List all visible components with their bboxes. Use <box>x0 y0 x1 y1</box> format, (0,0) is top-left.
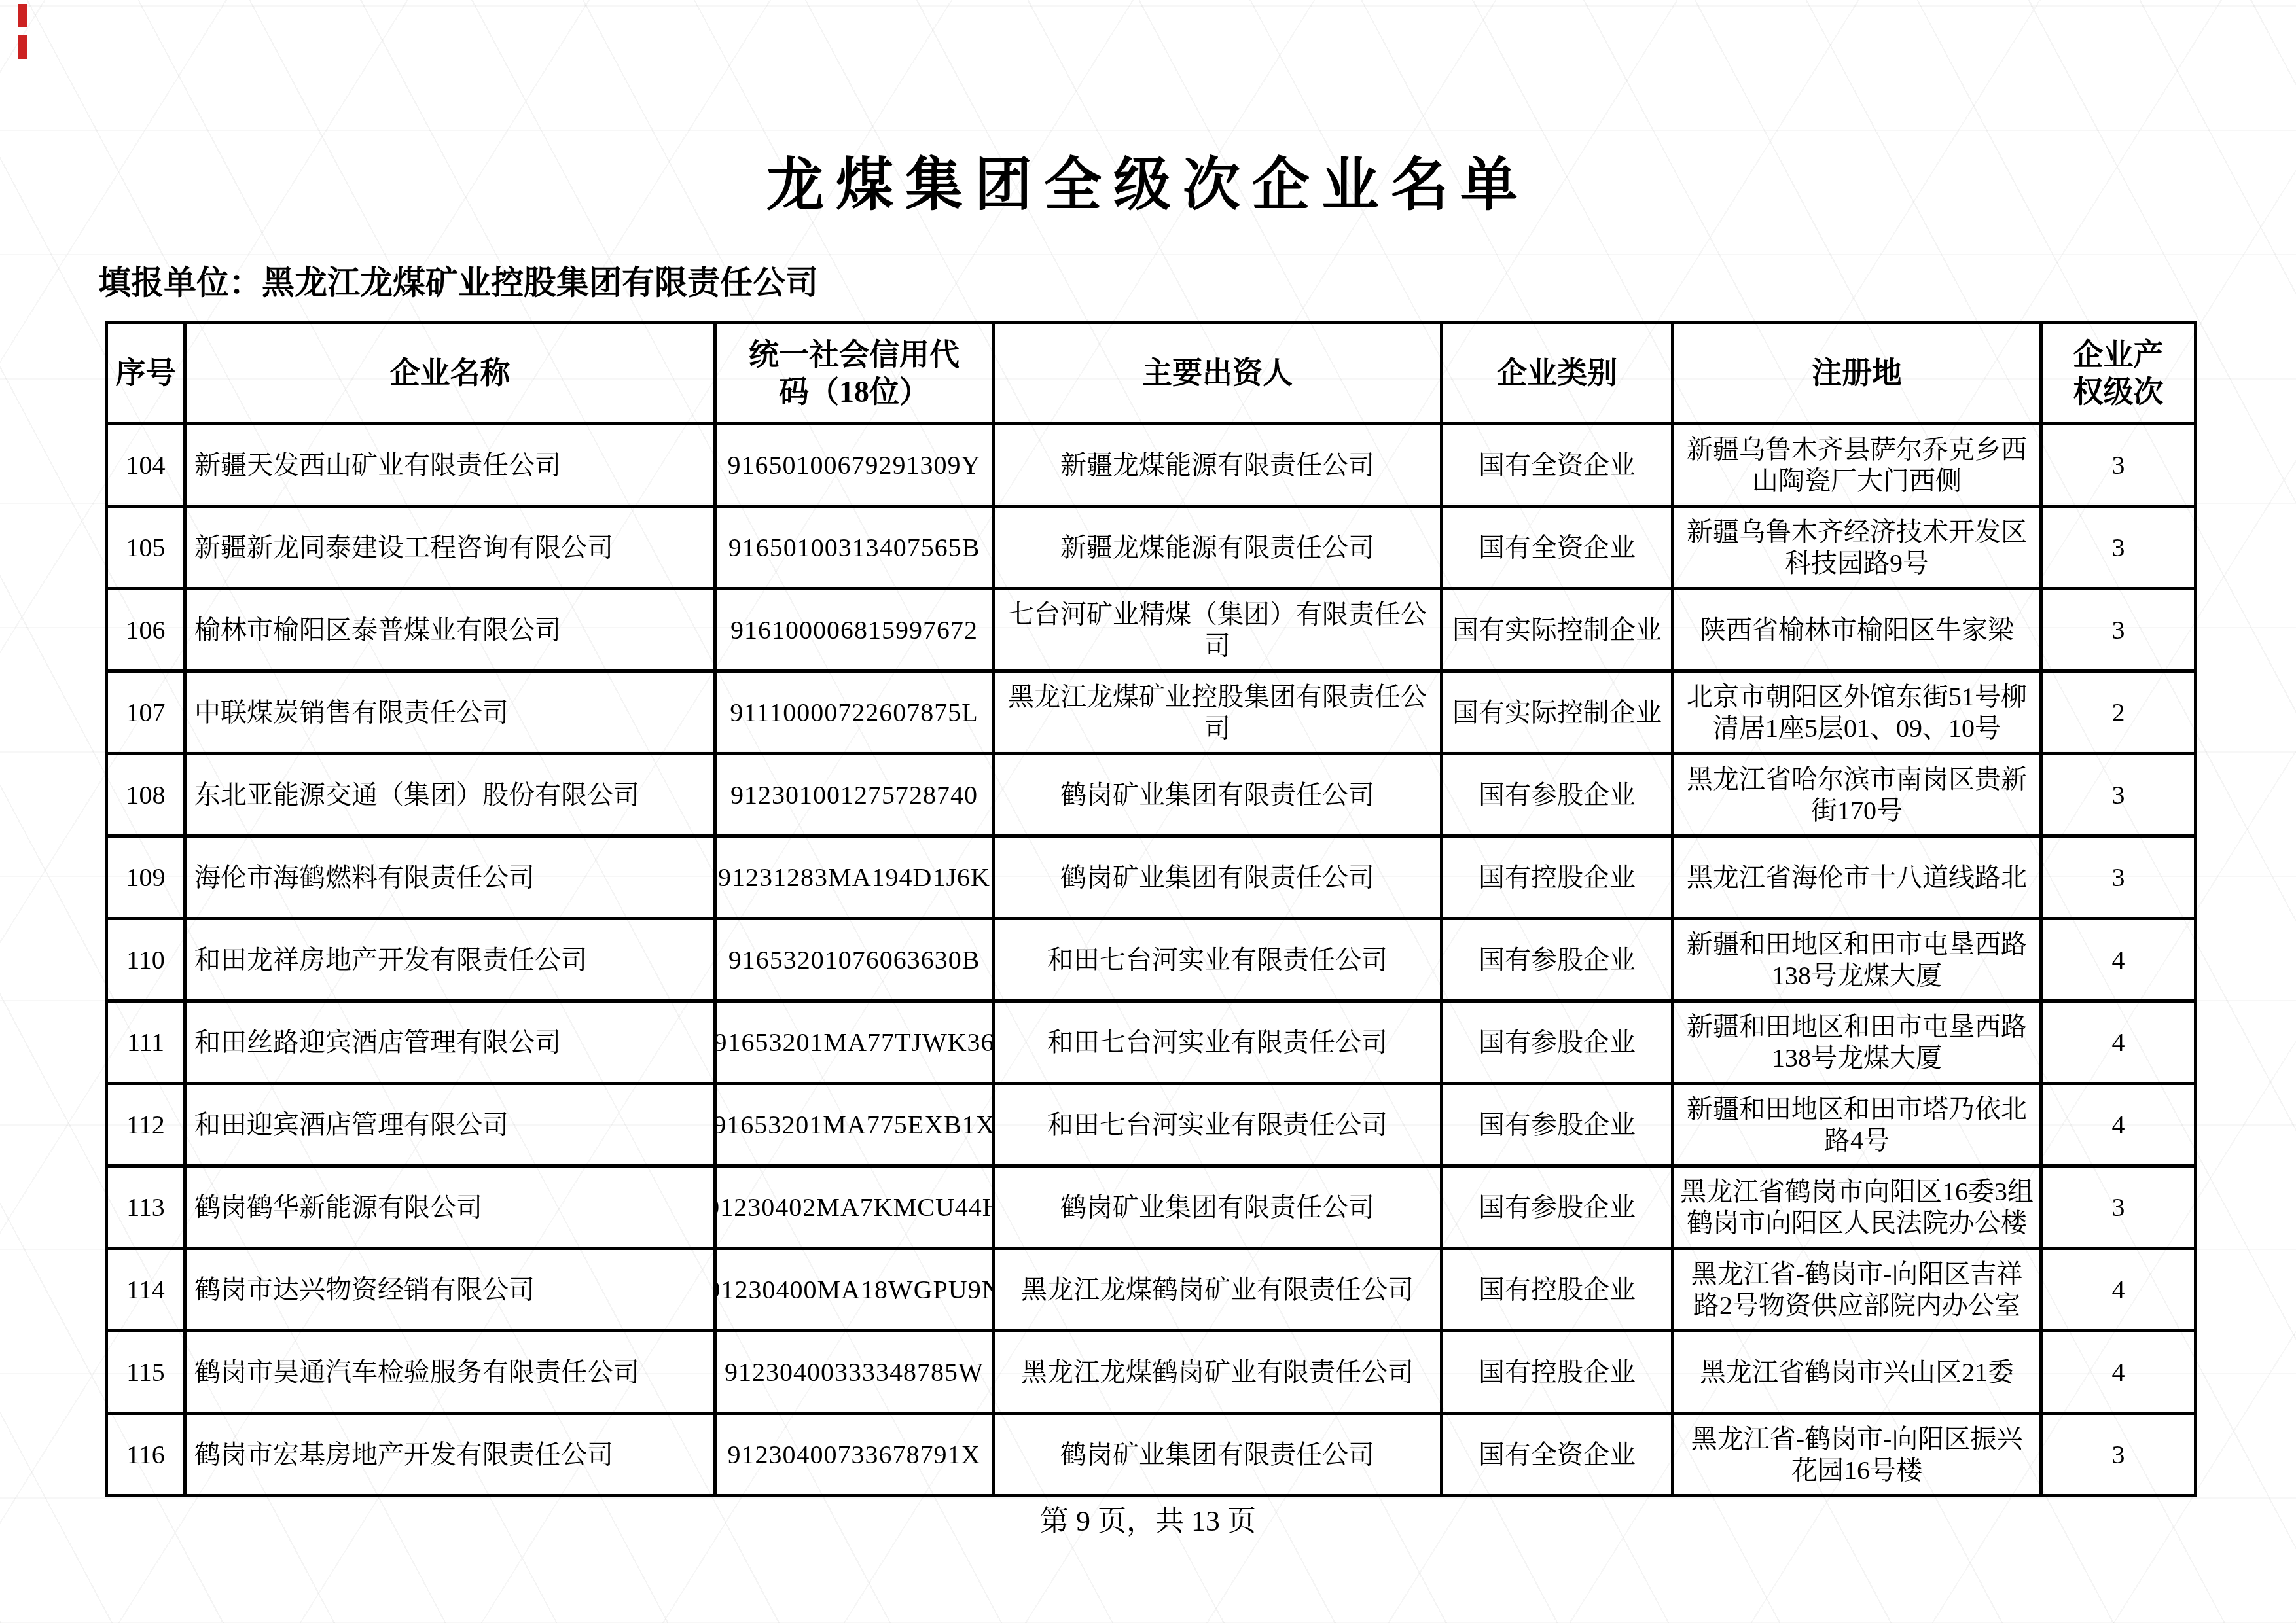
cell-serial: 111 <box>127 1027 164 1058</box>
cell-serial: 116 <box>126 1439 165 1470</box>
document-page: 龙煤集团全级次企业名单 填报单位：黑龙江龙煤矿业控股集团有限责任公司 序号 企业… <box>0 0 2296 1623</box>
cell-company-name: 和田迎宾酒店管理有限公司 <box>194 1109 509 1140</box>
table-row: 116 鹤岗市宏基房地产开发有限责任公司 91230400733678791X … <box>107 1414 2196 1496</box>
cell-main-investor: 鹤岗矿业集团有限责任公司 <box>1060 862 1374 893</box>
cell-equity-level: 4 <box>2112 1027 2125 1058</box>
cell-equity-level: 4 <box>2112 1274 2125 1305</box>
col-header-registered-place: 注册地 <box>1673 323 2041 424</box>
cell-main-investor: 黑龙江龙煤鹤岗矿业有限责任公司 <box>1021 1274 1414 1305</box>
cell-registered-place: 黑龙江省鹤岗市向阳区16委3组鹤岗市向阳区人民法院办公楼 <box>1678 1176 2036 1238</box>
red-corner-mark <box>18 35 27 59</box>
cell-serial: 107 <box>126 697 166 728</box>
cell-company-name: 新疆天发西山矿业有限责任公司 <box>194 450 561 480</box>
cell-serial: 115 <box>126 1357 165 1387</box>
cell-serial: 110 <box>126 944 165 975</box>
cell-registered-place: 黑龙江省-鹤岗市-向阳区振兴花园16号楼 <box>1678 1423 2036 1485</box>
cell-registered-place: 北京市朝阳区外馆东街51号柳清居1座5层01、09、10号 <box>1678 681 2036 743</box>
cell-serial: 112 <box>126 1109 165 1140</box>
cell-main-investor: 新疆龙煤能源有限责任公司 <box>1060 532 1374 563</box>
cell-company-name: 和田丝路迎宾酒店管理有限公司 <box>194 1027 561 1058</box>
cell-equity-level: 3 <box>2112 1439 2125 1470</box>
cell-credit-code: 91230402MA7KMCU44H <box>717 1192 992 1222</box>
cell-company-name: 和田龙祥房地产开发有限责任公司 <box>194 944 587 975</box>
col-header-main-investor: 主要出资人 <box>994 323 1442 424</box>
cell-company-name: 鹤岗市宏基房地产开发有限责任公司 <box>194 1439 613 1470</box>
cell-main-investor: 新疆龙煤能源有限责任公司 <box>1060 450 1374 480</box>
table-body: 104 新疆天发西山矿业有限责任公司 91650100679291309Y 新疆… <box>107 424 2196 1496</box>
cell-main-investor: 黑龙江龙煤鹤岗矿业有限责任公司 <box>1021 1357 1414 1387</box>
cell-credit-code: 912301001275728740 <box>730 779 978 810</box>
cell-credit-code: 91653201MA775EXB1X <box>717 1109 992 1140</box>
cell-category: 国有全资企业 <box>1479 1439 1636 1470</box>
cell-credit-code: 91653201MA77TJWK36 <box>717 1027 992 1058</box>
cell-category: 国有全资企业 <box>1479 450 1636 480</box>
table-header: 序号 企业名称 统一社会信用代码（18位） 主要出资人 企业类别 注册地 企业产… <box>107 323 2196 424</box>
cell-registered-place: 黑龙江省-鹤岗市-向阳区吉祥路2号物资供应部院内办公室 <box>1678 1258 2036 1320</box>
cell-credit-code: 91230400333348785W <box>725 1357 984 1387</box>
table-row: 108 东北亚能源交通（集团）股份有限公司 912301001275728740… <box>107 754 2196 836</box>
col-header-serial: 序号 <box>107 323 185 424</box>
cell-serial: 108 <box>126 779 166 810</box>
cell-main-investor: 鹤岗矿业集团有限责任公司 <box>1060 1192 1374 1222</box>
table-row: 106 榆林市榆阳区泰普煤业有限公司 916100006815997672 七台… <box>107 589 2196 671</box>
cell-serial: 105 <box>126 532 166 563</box>
cell-equity-level: 4 <box>2112 944 2125 975</box>
cell-equity-level: 3 <box>2112 615 2125 645</box>
cell-credit-code: 91231283MA194D1J6K <box>718 862 990 893</box>
cell-company-name: 海伦市海鹤燃料有限责任公司 <box>194 862 535 893</box>
table-row: 105 新疆新龙同泰建设工程咨询有限公司 91650100313407565B … <box>107 507 2196 589</box>
cell-category: 国有参股企业 <box>1479 1109 1636 1140</box>
cell-category: 国有参股企业 <box>1479 1027 1636 1058</box>
cell-category: 国有参股企业 <box>1479 1192 1636 1222</box>
cell-category: 国有实际控制企业 <box>1452 615 1662 645</box>
cell-serial: 114 <box>126 1274 165 1305</box>
col-header-company-name: 企业名称 <box>185 323 715 424</box>
cell-serial: 106 <box>126 615 166 645</box>
cell-registered-place: 黑龙江省哈尔滨市南岗区贵新街170号 <box>1678 764 2036 825</box>
table-row: 114 鹤岗市达兴物资经销有限公司 91230400MA18WGPU9N 黑龙江… <box>107 1249 2196 1331</box>
cell-company-name: 鹤岗市达兴物资经销有限公司 <box>194 1274 535 1305</box>
page-number: 第 9 页，共 13 页 <box>0 1497 2296 1539</box>
table-row: 113 鹤岗鹤华新能源有限公司 91230402MA7KMCU44H 鹤岗矿业集… <box>107 1166 2196 1249</box>
cell-category: 国有参股企业 <box>1479 779 1636 810</box>
red-corner-mark <box>18 4 27 27</box>
cell-category: 国有参股企业 <box>1479 944 1636 975</box>
cell-credit-code: 91230400MA18WGPU9N <box>717 1274 992 1305</box>
cell-credit-code: 91230400733678791X <box>728 1439 981 1470</box>
cell-equity-level: 3 <box>2112 450 2125 480</box>
cell-main-investor: 黑龙江龙煤矿业控股集团有限责任公司 <box>999 681 1436 743</box>
page-title: 龙煤集团全级次企业名单 <box>0 139 2296 221</box>
cell-registered-place: 新疆乌鲁木齐县萨尔乔克乡西山陶瓷厂大门西侧 <box>1678 434 2036 495</box>
col-header-equity-level: 企业产权级次 <box>2041 323 2196 424</box>
table-row: 107 中联煤炭销售有限责任公司 91110000722607875L 黑龙江龙… <box>107 671 2196 754</box>
table-row: 115 鹤岗市昊通汽车检验服务有限责任公司 91230400333348785W… <box>107 1331 2196 1414</box>
cell-credit-code: 916100006815997672 <box>730 615 978 645</box>
cell-company-name: 鹤岗市昊通汽车检验服务有限责任公司 <box>194 1357 639 1387</box>
reporting-unit-line: 填报单位：黑龙江龙煤矿业控股集团有限责任公司 <box>98 257 818 304</box>
cell-category: 国有控股企业 <box>1479 1274 1636 1305</box>
cell-registered-place: 新疆和田地区和田市塔乃依北路4号 <box>1678 1094 2036 1155</box>
cell-equity-level: 3 <box>2112 779 2125 810</box>
table-row: 110 和田龙祥房地产开发有限责任公司 91653201076063630B 和… <box>107 919 2196 1001</box>
cell-main-investor: 和田七台河实业有限责任公司 <box>1047 1027 1388 1058</box>
col-header-category: 企业类别 <box>1442 323 1673 424</box>
cell-equity-level: 2 <box>2112 697 2125 728</box>
cell-registered-place: 陕西省榆林市榆阳区牛家梁 <box>1700 615 2014 645</box>
cell-main-investor: 鹤岗矿业集团有限责任公司 <box>1060 1439 1374 1470</box>
table-row: 111 和田丝路迎宾酒店管理有限公司 91653201MA77TJWK36 和田… <box>107 1001 2196 1084</box>
cell-equity-level: 4 <box>2112 1357 2125 1387</box>
cell-company-name: 榆林市榆阳区泰普煤业有限公司 <box>194 615 561 645</box>
cell-company-name: 中联煤炭销售有限责任公司 <box>194 697 509 728</box>
cell-registered-place: 黑龙江省鹤岗市兴山区21委 <box>1700 1357 2014 1387</box>
cell-equity-level: 3 <box>2112 532 2125 563</box>
cell-registered-place: 新疆乌鲁木齐经济技术开发区科技园路9号 <box>1678 516 2036 578</box>
cell-credit-code: 91650100679291309Y <box>728 450 981 480</box>
cell-equity-level: 3 <box>2112 862 2125 893</box>
table-row: 109 海伦市海鹤燃料有限责任公司 91231283MA194D1J6K 鹤岗矿… <box>107 836 2196 919</box>
table-row: 112 和田迎宾酒店管理有限公司 91653201MA775EXB1X 和田七台… <box>107 1084 2196 1166</box>
cell-main-investor: 七台河矿业精煤（集团）有限责任公司 <box>999 599 1436 660</box>
cell-credit-code: 91110000722607875L <box>730 697 978 728</box>
cell-registered-place: 新疆和田地区和田市屯垦西路138号龙煤大厦 <box>1678 929 2036 990</box>
cell-serial: 109 <box>126 862 166 893</box>
cell-serial: 113 <box>126 1192 165 1222</box>
cell-company-name: 新疆新龙同泰建设工程咨询有限公司 <box>194 532 613 563</box>
cell-credit-code: 91650100313407565B <box>728 532 980 563</box>
col-header-credit-code: 统一社会信用代码（18位） <box>715 323 994 424</box>
cell-equity-level: 4 <box>2112 1109 2125 1140</box>
cell-registered-place: 新疆和田地区和田市屯垦西路138号龙煤大厦 <box>1678 1011 2036 1073</box>
cell-registered-place: 黑龙江省海伦市十八道线路北 <box>1687 862 2027 893</box>
cell-main-investor: 和田七台河实业有限责任公司 <box>1047 1109 1388 1140</box>
cell-main-investor: 鹤岗矿业集团有限责任公司 <box>1060 779 1374 810</box>
cell-company-name: 鹤岗鹤华新能源有限公司 <box>194 1192 482 1222</box>
cell-category: 国有全资企业 <box>1479 532 1636 563</box>
cell-category: 国有实际控制企业 <box>1452 697 1662 728</box>
table-row: 104 新疆天发西山矿业有限责任公司 91650100679291309Y 新疆… <box>107 424 2196 507</box>
cell-credit-code: 91653201076063630B <box>728 944 980 975</box>
cell-category: 国有控股企业 <box>1479 862 1636 893</box>
cell-company-name: 东北亚能源交通（集团）股份有限公司 <box>194 779 639 810</box>
cell-main-investor: 和田七台河实业有限责任公司 <box>1047 944 1388 975</box>
companies-table: 序号 企业名称 统一社会信用代码（18位） 主要出资人 企业类别 注册地 企业产… <box>105 321 2197 1497</box>
cell-serial: 104 <box>126 450 166 480</box>
cell-equity-level: 3 <box>2112 1192 2125 1222</box>
cell-category: 国有控股企业 <box>1479 1357 1636 1387</box>
